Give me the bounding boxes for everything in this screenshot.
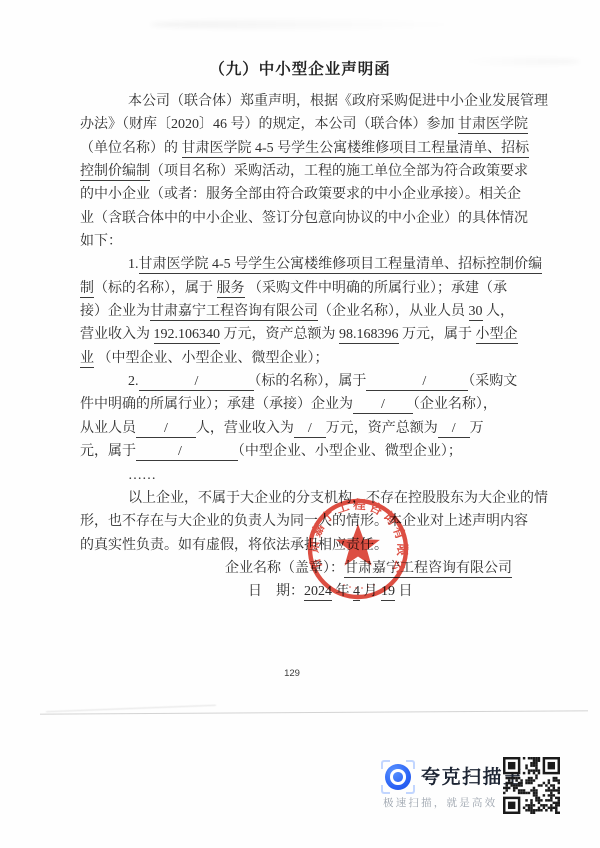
text-segment: 1. xyxy=(128,257,139,272)
filled-in-value: 甘肃嘉宁工程咨询有限公司 xyxy=(150,304,318,321)
text-segment: 万元，资产总额为 xyxy=(326,421,438,436)
text-segment: 从业人员 xyxy=(80,421,136,436)
text-segment: （采购文 xyxy=(468,374,517,389)
filled-in-value: 30 xyxy=(469,304,483,321)
text-line: 营业收入为 192.106340 万元，资产总额为 98.168396 万元，属… xyxy=(0,323,600,346)
text-line: 以上企业，不属于大企业的分支机构，不存在控股股东为大企业的情 xyxy=(0,487,600,510)
text-line: 日 期：2024 年 4 月 19 日 xyxy=(0,580,600,603)
text-line: 接）企业为甘肃嘉宁工程咨询有限公司（企业名称），从业人员 30 人， xyxy=(0,300,600,323)
text-segment: 月 xyxy=(360,584,381,599)
text-line: 的真实性负责。如有虚假，将依法承担相应责任。 xyxy=(0,534,600,557)
text-segment: 接）企业为 xyxy=(80,304,150,319)
text-segment: （企业名称）， xyxy=(413,397,497,412)
text-segment: …… xyxy=(128,468,156,483)
text-segment: （中型企业、小型企业、微型企业）； xyxy=(238,444,462,459)
scan-artifact-line xyxy=(40,710,588,714)
text-line: 业 （中型企业、小型企业、微型企业）； xyxy=(0,347,600,370)
text-segment: 元，属于 xyxy=(80,444,136,459)
text-segment: （标的名称），属于 xyxy=(94,281,217,296)
text-segment: （单位名称）的 xyxy=(80,141,182,156)
filled-in-value: / xyxy=(294,421,326,438)
text-segment: 人， xyxy=(483,304,515,319)
text-segment: 日 xyxy=(395,584,413,599)
text-segment: 万 xyxy=(470,421,484,436)
filled-in-value: 业 xyxy=(80,351,94,368)
text-segment: 的中小企业（或者：服务全部由符合政策要求的中小企业承接）。相关企 xyxy=(80,187,521,202)
viewfinder-corner-icon xyxy=(406,785,415,794)
document-title: （九）中小型企业声明函 xyxy=(0,57,600,79)
text-line: …… xyxy=(0,464,600,487)
text-segment: （中型企业、小型企业、微型企业）； xyxy=(94,351,329,366)
text-segment: 件中明确的所属行业）；承建（承接）企业为 xyxy=(80,397,353,412)
text-line: 形，也不存在与大企业的负责人为同一人的情形。本企业对上述声明内容 xyxy=(0,510,600,533)
filled-in-value: 制 xyxy=(80,281,94,298)
quark-logo-icon xyxy=(381,760,415,794)
text-line: 元，属于 / （中型企业、小型企业、微型企业）； xyxy=(0,440,600,463)
text-line: 如下： xyxy=(0,230,600,253)
qr-code xyxy=(503,757,560,814)
filled-in-value: / xyxy=(353,397,413,414)
text-segment: 万元，属于 xyxy=(399,327,476,342)
scan-smudge xyxy=(150,20,460,29)
filled-in-value: 192.106340 xyxy=(154,327,221,344)
text-segment: 2. xyxy=(128,374,139,389)
text-segment: 日 期： xyxy=(248,584,304,599)
text-segment: 企业名称（盖章）： xyxy=(225,561,344,576)
text-line: 本公司（联合体）郑重声明，根据《政府采购促进中小企业发展管理 xyxy=(0,90,600,113)
text-line: 控制价编制（项目名称）采购活动，工程的施工单位全部为符合政策要求 xyxy=(0,160,600,183)
watermark-tagline: 极速扫描，就是高效 xyxy=(383,795,497,810)
filled-in-value: 甘肃医学院 xyxy=(458,117,528,134)
filled-in-value: / xyxy=(139,374,255,391)
text-line: 的中小企业（或者：服务全部由符合政策要求的中小企业承接）。相关企 xyxy=(0,183,600,206)
text-line: 办法》（财库〔2020〕46 号）的规定，本公司（联合体）参加 甘肃医学院 xyxy=(0,113,600,136)
text-segment: 以上企业，不属于大企业的分支机构，不存在控股股东为大企业的情 xyxy=(128,491,548,506)
page-number: 129 xyxy=(0,668,584,679)
text-line: 企业名称（盖章）：甘肃嘉宁工程咨询有限公司 xyxy=(0,557,600,580)
text-line: （单位名称）的 甘肃医学院 4-5 号学生公寓楼维修项目工程量清单、招标 xyxy=(0,137,600,160)
filled-in-value: 98.168396 xyxy=(339,327,399,344)
filled-in-value: 小型企 xyxy=(476,327,518,344)
text-line: 制（标的名称），属于 服务 （采购文件中明确的所属行业）；承建（承 xyxy=(0,277,600,300)
scanned-document-page: （九）中小型企业声明函 本公司（联合体）郑重声明，根据《政府采购促进中小企业发展… xyxy=(0,0,600,848)
text-segment: 办法》（财库〔2020〕46 号）的规定，本公司（联合体）参加 xyxy=(80,117,458,132)
filled-in-value: / xyxy=(136,421,196,438)
filled-in-value: / xyxy=(136,444,238,461)
filled-in-value: / xyxy=(366,374,468,391)
text-segment: （项目名称）采购活动，工程的施工单位全部为符合政策要求 xyxy=(150,164,528,179)
text-segment: 本公司（联合体）郑重声明，根据《政府采购促进中小企业发展管理 xyxy=(128,94,548,109)
scan-artifact-line xyxy=(46,705,216,713)
text-segment: 的真实性负责。如有虚假，将依法承担相应责任。 xyxy=(80,538,388,553)
filled-in-value: 甘肃医学院 4-5 号学生公寓楼维修项目工程量清单、招标 xyxy=(182,141,530,158)
text-line: 1.甘肃医学院 4-5 号学生公寓楼维修项目工程量清单、招标控制价编 xyxy=(0,253,600,276)
filled-in-value: 19 xyxy=(381,584,395,601)
text-segment: 业（含联合体中的中小企业、签订分包意向协议的中小企业）的具体情况 xyxy=(80,211,528,226)
text-line: 件中明确的所属行业）；承建（承接）企业为 / （企业名称）， xyxy=(0,393,600,416)
text-segment: （采购文件中明确的所属行业）；承建（承 xyxy=(245,281,508,296)
filled-in-value: 控制价编制 xyxy=(80,164,150,181)
filled-in-value: 甘肃医学院 4-5 号学生公寓楼维修项目工程量清单、招标控制价编 xyxy=(139,257,543,274)
text-line: 业（含联合体中的中小企业、签订分包意向协议的中小企业）的具体情况 xyxy=(0,207,600,230)
text-segment: （企业名称），从业人员 xyxy=(318,304,469,319)
text-line: 2. / （标的名称），属于 / （采购文 xyxy=(0,370,600,393)
filled-in-value: 2024 xyxy=(304,584,332,601)
text-segment: （标的名称），属于 xyxy=(254,374,366,389)
text-segment: 万元，资产总额为 xyxy=(220,327,339,342)
text-segment: 如下： xyxy=(80,234,122,249)
text-segment: 营业收入为 xyxy=(80,327,154,342)
text-segment: 年 xyxy=(332,584,353,599)
filled-in-value: 甘肃嘉宁工程咨询有限公司 xyxy=(344,561,512,578)
filled-in-value: 4 xyxy=(353,584,360,601)
text-segment: 形，也不存在与大企业的负责人为同一人的情形。本企业对上述声明内容 xyxy=(80,514,528,529)
text-segment: 人，营业收入为 xyxy=(196,421,294,436)
filled-in-value: / xyxy=(438,421,470,438)
text-line: 从业人员 / 人，营业收入为 / 万元，资产总额为 / 万 xyxy=(0,417,600,440)
quark-circle-icon xyxy=(385,764,411,790)
document-body: 本公司（联合体）郑重声明，根据《政府采购促进中小企业发展管理办法》（财库〔202… xyxy=(0,90,600,604)
filled-in-value: 服务 xyxy=(217,281,245,298)
